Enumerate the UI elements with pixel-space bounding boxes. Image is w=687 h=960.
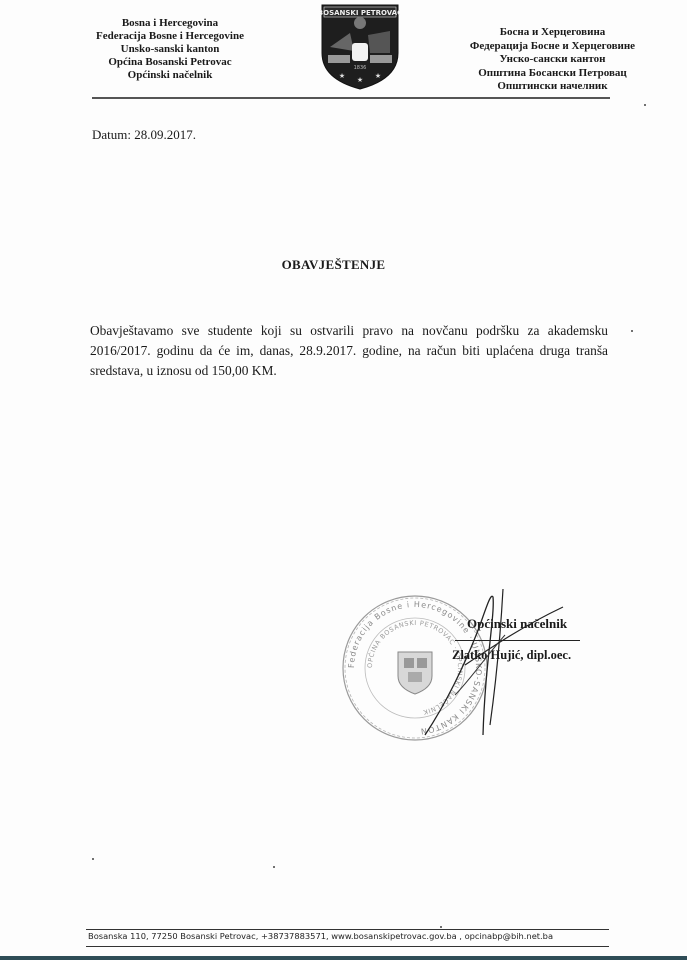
signature-line <box>455 640 580 641</box>
scan-speck <box>644 104 646 106</box>
header-cyrillic-line: Унско-сански кантон <box>440 53 665 67</box>
document-title-text: OBAVJEŠTENJE <box>282 257 386 272</box>
header-latin-line: Općinski načelnik <box>70 69 270 82</box>
header-latin-line: Bosna i Hercegovina <box>70 17 270 30</box>
document-body: Obavještavamo sve studente koji su ostva… <box>90 321 608 381</box>
header-cyrillic: Босна и Херцеговина Федерација Босне и Х… <box>440 26 665 94</box>
header-cyrillic-line: Општина Босански Петровац <box>440 67 665 81</box>
header-latin-line: Federacija Bosne i Hercegovine <box>70 30 270 43</box>
footer-contact: Bosanska 110, 77250 Bosanski Petrovac, +… <box>88 931 553 941</box>
document-date: Datum: 28.09.2017. <box>92 127 196 143</box>
document-title: OBAVJEŠTENJE <box>0 257 687 273</box>
svg-text:★: ★ <box>357 76 363 84</box>
scan-speck <box>631 330 633 332</box>
svg-text:★: ★ <box>375 72 381 80</box>
crest-year: 1836 <box>354 65 367 71</box>
footer-divider-bottom <box>86 946 609 947</box>
header-cyrillic-line: Општински начелник <box>440 80 665 94</box>
crest-label: BOSANSKI PETROVAC <box>320 9 400 17</box>
signatory-title: Općinski načelnik <box>467 616 567 632</box>
municipality-crest-icon: BOSANSKI PETROVAC 1836 ★ ★ ★ <box>320 3 400 91</box>
header-cyrillic-line: Босна и Херцеговина <box>440 26 665 40</box>
viewer-bottom-bar <box>0 956 687 960</box>
header-latin-line: Općina Bosanski Petrovac <box>70 56 270 69</box>
scan-speck <box>92 858 94 860</box>
scan-speck <box>273 866 275 868</box>
scan-speck <box>440 926 442 928</box>
header-divider <box>92 97 610 99</box>
body-paragraph: Obavještavamo sve studente koji su ostva… <box>90 321 608 381</box>
header-latin: Bosna i Hercegovina Federacija Bosne i H… <box>70 17 270 82</box>
footer-divider-top <box>86 929 609 930</box>
svg-text:★: ★ <box>339 72 345 80</box>
header-cyrillic-line: Федерација Босне и Херцеговине <box>440 40 665 54</box>
document-page: Bosna i Hercegovina Federacija Bosne i H… <box>0 0 687 956</box>
official-stamp-icon: Federacija Bosne i Hercegovine · UNSKO-S… <box>340 588 490 748</box>
signatory-name: Zlatko Hujić, dipl.oec. <box>452 648 571 663</box>
header-latin-line: Unsko-sanski kanton <box>70 43 270 56</box>
